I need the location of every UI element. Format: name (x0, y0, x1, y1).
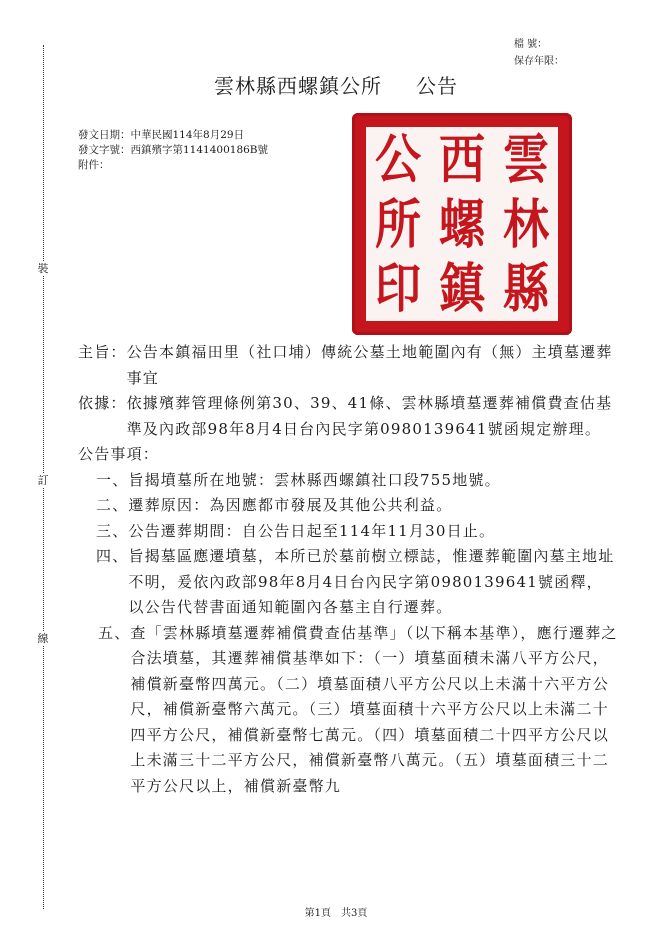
page-number: 第1頁 (305, 908, 331, 919)
seal-char: 公 (366, 122, 430, 196)
item-text: 公告遷葬期間：自公告日起至114年11月30日止。 (128, 519, 618, 545)
issue-date: 發文日期：中華民國114年8月29日 (78, 128, 268, 143)
issue-number: 發文字號：西鎮殯字第1141400186B號 (78, 143, 268, 158)
seal-char: 縣 (494, 251, 558, 325)
basis-label: 依據： (78, 391, 127, 442)
notice-heading: 公告事項： (78, 442, 618, 468)
binding-mark-xian: 線 (35, 632, 51, 646)
item-number: 二、 (78, 493, 128, 519)
item-text: 遷葬原因：為因應都市發展及其他公共利益。 (128, 493, 618, 519)
seal-char: 西 (430, 122, 494, 196)
document-type: 公告 (416, 74, 458, 98)
seal-char: 印 (366, 251, 430, 325)
retention-period-label: 保存年限： (514, 53, 564, 70)
organization-name: 雲林縣西螺鎮公所 (214, 74, 382, 98)
item-number: 四、 (78, 544, 128, 621)
file-meta: 檔 號： 保存年限： (514, 36, 564, 70)
binding-mark-zhuang: 裝 (35, 262, 51, 276)
subject-label: 主旨： (78, 340, 127, 391)
item-number: 一、 (78, 468, 128, 494)
notice-item-5: 五、 查「雲林縣墳墓遷葬補償費查估基準」（以下稱本基準），應行遷葬之合法墳墓，其… (78, 621, 618, 800)
item-text: 查「雲林縣墳墓遷葬補償費查估基準」（以下稱本基準），應行遷葬之合法墳墓，其遷葬補… (130, 621, 618, 800)
subject-paragraph: 主旨： 公告本鎮福田里（社口埔）傳統公墓土地範圍內有（無）主墳墓遷葬事宜 (78, 340, 618, 391)
notice-item-4: 四、 旨揭墓區應遷墳墓，本所已於墓前樹立標誌，惟遷葬範圍內墓主地址不明，爰依內政… (78, 544, 618, 621)
basis-text: 依據殯葬管理條例第30、39、41條、雲林縣墳墓遷葬補償費查估基準及內政部98年… (127, 391, 618, 442)
seal-char: 林 (494, 187, 558, 261)
binding-mark-ding: 訂 (35, 474, 51, 488)
seal-char: 所 (366, 187, 430, 261)
issue-info: 發文日期：中華民國114年8月29日 發文字號：西鎮殯字第1141400186B… (78, 128, 268, 173)
subject-text: 公告本鎮福田里（社口埔）傳統公墓土地範圍內有（無）主墳墓遷葬事宜 (127, 340, 618, 391)
basis-paragraph: 依據： 依據殯葬管理條例第30、39、41條、雲林縣墳墓遷葬補償費查估基準及內政… (78, 391, 618, 442)
document-body: 主旨： 公告本鎮福田里（社口埔）傳統公墓土地範圍內有（無）主墳墓遷葬事宜 依據：… (78, 340, 618, 799)
seal-inner: 公 西 雲 所 螺 林 印 鎮 縣 (364, 125, 560, 323)
item-text: 旨揭墳墓所在地號：雲林縣西螺鎮社口段755地號。 (128, 468, 618, 494)
item-text: 旨揭墓區應遷墳墓，本所已於墓前樹立標誌，惟遷葬範圍內墓主地址不明，爰依內政部98… (128, 544, 618, 621)
item-number: 五、 (78, 621, 130, 800)
seal-char: 鎮 (430, 251, 494, 325)
page-title: 雲林縣西螺鎮公所公告 (0, 70, 672, 99)
official-seal: 公 西 雲 所 螺 林 印 鎮 縣 (352, 113, 572, 335)
notice-item-1: 一、 旨揭墳墓所在地號：雲林縣西螺鎮社口段755地號。 (78, 468, 618, 494)
seal-char: 雲 (494, 122, 558, 196)
archive-number-label: 檔 號： (514, 36, 547, 53)
item-number: 三、 (78, 519, 128, 545)
notice-item-2: 二、 遷葬原因：為因應都市發展及其他公共利益。 (78, 493, 618, 519)
page-total: 共3頁 (341, 908, 367, 919)
notice-item-3: 三、 公告遷葬期間：自公告日起至114年11月30日止。 (78, 519, 618, 545)
attachment-label: 附件： (78, 158, 268, 173)
page-footer: 第1頁共3頁 (0, 904, 672, 919)
seal-char: 螺 (430, 187, 494, 261)
